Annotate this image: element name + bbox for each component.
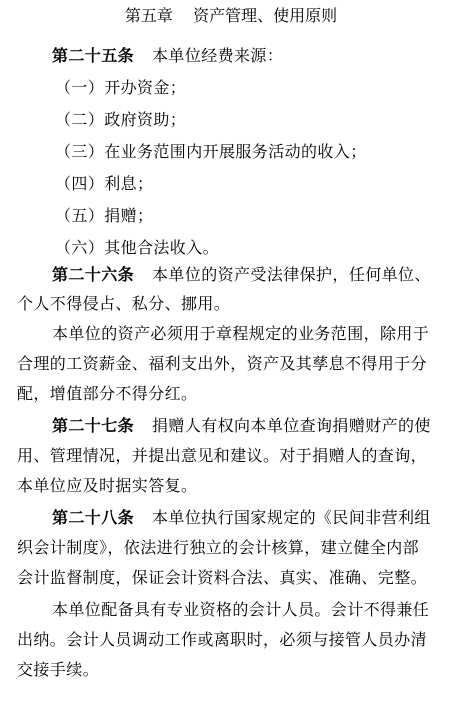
list-item: （一）开办资金； [55, 77, 462, 99]
article-26-line: 个人不得侵占、私分、挪用。 [17, 293, 427, 315]
article-28-line: 会计监督制度，保证会计资料合法、真实、准确、完整。 [17, 567, 427, 589]
article-26-label: 第二十六条 [52, 265, 134, 284]
chapter-title: 第五章 资产管理、使用原则 [0, 5, 462, 27]
article-27-line: 用、管理情况，并提出意见和建议。对于捐赠人的查询， [17, 445, 427, 467]
article-26-line: 配，增值部分不得分红。 [17, 383, 427, 405]
list-item: （二）政府资助； [55, 109, 462, 131]
list-item: （五）捐赠； [55, 205, 462, 227]
article-28-label: 第二十八条 [52, 508, 134, 527]
article-26-line: 合理的工资薪金、福利支出外，资产及其孳息不得用于分 [17, 353, 427, 375]
article-28-line: 织会计制度》，依法进行独立的会计核算，建立健全内部 [17, 537, 427, 559]
article-26-line: 第二十六条本单位的资产受法律保护，任何单位、 [52, 264, 462, 286]
article-25-label: 第二十五条 [52, 46, 134, 65]
list-item: （三）在业务范围内开展服务活动的收入； [55, 141, 462, 163]
article-28-line: 第二十八条本单位执行国家规定的《民间非营利组 [52, 507, 462, 529]
list-item: （六）其他合法收入。 [55, 237, 462, 259]
article-27-line: 第二十七条捐赠人有权向本单位查询捐赠财产的使 [52, 415, 462, 437]
article-26-line: 本单位的资产必须用于章程规定的业务范围，除用于 [52, 323, 462, 345]
article-28-line: 交接手续。 [17, 659, 427, 681]
article-28-line: 出纳。会计人员调动工作或离职时，必须与接管人员办清 [17, 629, 427, 651]
article-27-label: 第二十七条 [52, 416, 134, 435]
article-28-line: 本单位配备具有专业资格的会计人员。会计不得兼任 [52, 599, 462, 621]
article-25-intro: 第二十五条本单位经费来源： [52, 45, 462, 67]
article-27-line: 本单位应及时据实答复。 [17, 475, 427, 497]
list-item: （四）利息； [55, 173, 462, 195]
